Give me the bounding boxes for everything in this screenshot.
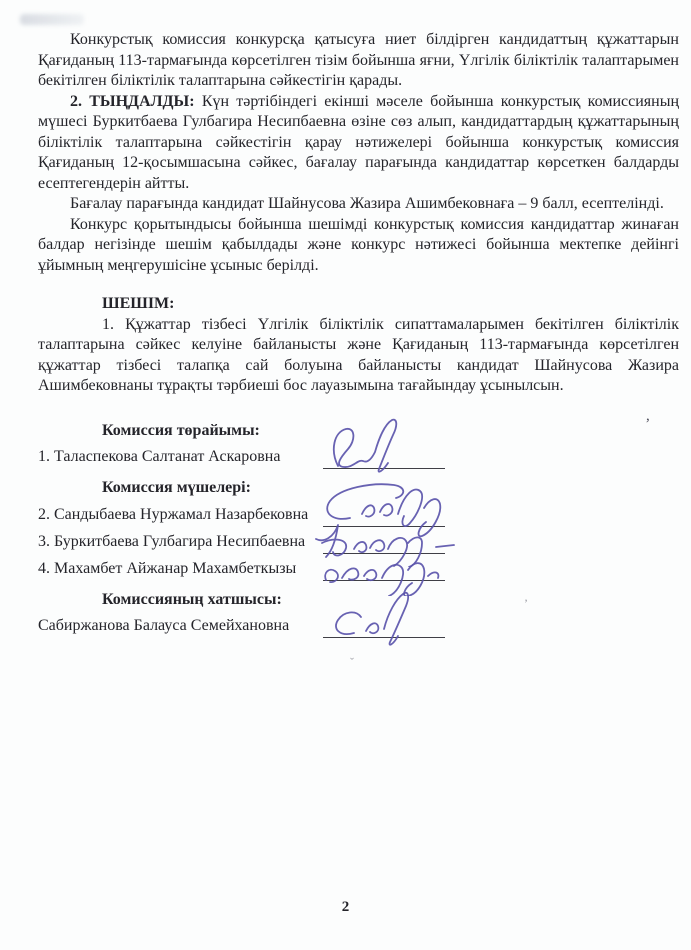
signer-name: 3. Буркитбаева Гулбагира Несипбаевна — [38, 532, 305, 553]
signature-section: Комиссия төрайымы: 1. Таласпекова Салтан… — [38, 421, 679, 644]
signer-name: 4. Махамбет Айжанар Махамбеткызы — [38, 559, 296, 580]
signature-line — [323, 534, 445, 554]
scan-artifact-dot: ˬ — [350, 646, 354, 661]
page-number: 2 — [0, 899, 691, 916]
scanned-document-page: Конкурстық комиссия конкурсқа қатысуға н… — [0, 0, 691, 950]
signature-row-member-3: 4. Махамбет Айжанар Махамбеткызы — [38, 559, 679, 586]
paragraph-documents-review: Конкурстық комиссия конкурсқа қатысуға н… — [38, 30, 679, 92]
members-heading: Комиссия мүшелері: — [102, 478, 679, 499]
signature-row-member-2: 3. Буркитбаева Гулбагира Несипбаевна — [38, 532, 679, 559]
chair-heading: Комиссия төрайымы: — [102, 421, 679, 442]
secretary-heading: Комиссияның хатшысы: — [102, 590, 679, 611]
signature-line — [323, 618, 445, 638]
signature-row-chair: 1. Таласпекова Салтанат Аскаровна — [38, 447, 679, 474]
scan-artifact-comma: , — [646, 408, 650, 425]
paragraph-result: Конкурс қорытындысы бойынша шешімді конк… — [38, 215, 679, 277]
signer-name: 1. Таласпекова Салтанат Аскаровна — [38, 447, 280, 468]
paragraph-heard: 2. ТЫҢДАЛДЫ: Күн тәртібіндегі екінші мәс… — [38, 92, 679, 195]
signature-line — [323, 561, 445, 581]
decision-heading: ШЕШІМ: — [102, 294, 679, 315]
paragraph-decision: 1. Құжаттар тізбесі Үлгілік біліктілік с… — [38, 315, 679, 397]
signer-name: Сабиржанова Балауса Семейхановна — [38, 616, 289, 637]
heard-label: 2. ТЫҢДАЛДЫ: — [70, 93, 195, 110]
document-body: Конкурстық комиссия конкурсқа қатысуға н… — [0, 0, 691, 643]
paragraph-score: Бағалау парағында кандидат Шайнусова Жаз… — [38, 194, 679, 215]
signature-row-member-1: 2. Сандыбаева Нуржамал Назарбековна — [38, 505, 679, 532]
scan-artifact-tick: ’ — [524, 596, 528, 611]
signature-line — [323, 449, 445, 469]
scan-smudge-artifact — [20, 14, 84, 25]
signer-name: 2. Сандыбаева Нуржамал Назарбековна — [38, 505, 308, 526]
signature-row-secretary: Сабиржанова Балауса Семейхановна — [38, 616, 679, 643]
signature-line — [323, 507, 445, 527]
